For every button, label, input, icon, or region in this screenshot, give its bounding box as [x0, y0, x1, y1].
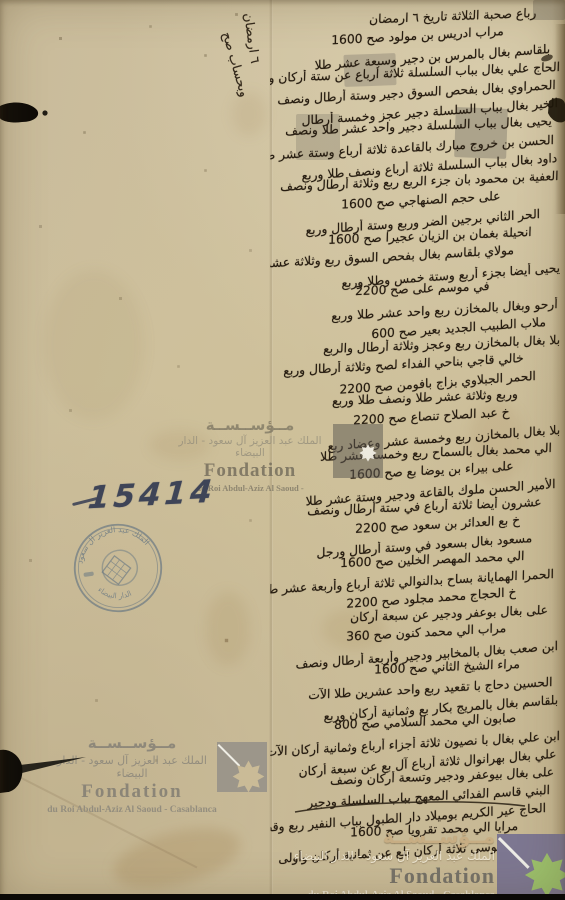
ink-blot [42, 110, 47, 115]
watermark-arabic-name: مــؤســســة [46, 734, 218, 752]
stamp-left-bar [83, 571, 94, 577]
manuscript-text-block: رباع صحبة الثلاثة تاريخ ٦ ارمضانمراب ادر… [276, 0, 562, 900]
diagonal-crease [0, 758, 197, 869]
ink-blot-tail [20, 757, 86, 773]
manuscript-line: على حجم الصنهاجي صح 1600 [341, 189, 501, 213]
library-stamp: الملك عبد العزيز آل سعود الدار البيضاء [66, 516, 170, 620]
scan-edge-bar [0, 894, 565, 900]
watermark-latin-line: du Roi Abdul-Aziz Al Saoud - Casablanca [46, 805, 218, 815]
manuscript-scan: رباع صحبة الثلاثة تاريخ ٦ ارمضانمراب ادر… [0, 0, 565, 900]
paper-speckles [0, 0, 1, 1]
foundation-logo-bottom-right [497, 834, 565, 896]
paper-stain [206, 592, 250, 666]
foundation-logo-middle [333, 424, 383, 478]
logo-diagonal-line [498, 837, 530, 869]
logo-diagonal-line [218, 744, 241, 767]
watermark-latin-name: Fondation [46, 781, 218, 803]
fold-crease [269, 0, 273, 900]
manuscript-line: مراب ادريس بن مولود صح 1600 [331, 24, 504, 48]
foundation-logo-bottom-left [217, 742, 267, 792]
eight-point-star-icon [359, 444, 377, 462]
margin-note: ٦ ارمضان [241, 12, 263, 64]
inventory-number: 15414 [87, 474, 218, 517]
eight-point-star-icon [524, 852, 565, 898]
paper-stain [44, 270, 144, 420]
manuscript-line: بلا بغال بالمخازن ربع وعجز وثلاثة أرطال … [323, 333, 560, 357]
watermark-arabic-line: الملك عبد العزيز آل سعود - الدار البيضاء [46, 754, 218, 780]
manuscript-line: رباع صحبة الثلاثة تاريخ ٦ ارمضان [369, 6, 537, 27]
paper-stain [150, 430, 210, 460]
ink-blot [0, 103, 38, 123]
